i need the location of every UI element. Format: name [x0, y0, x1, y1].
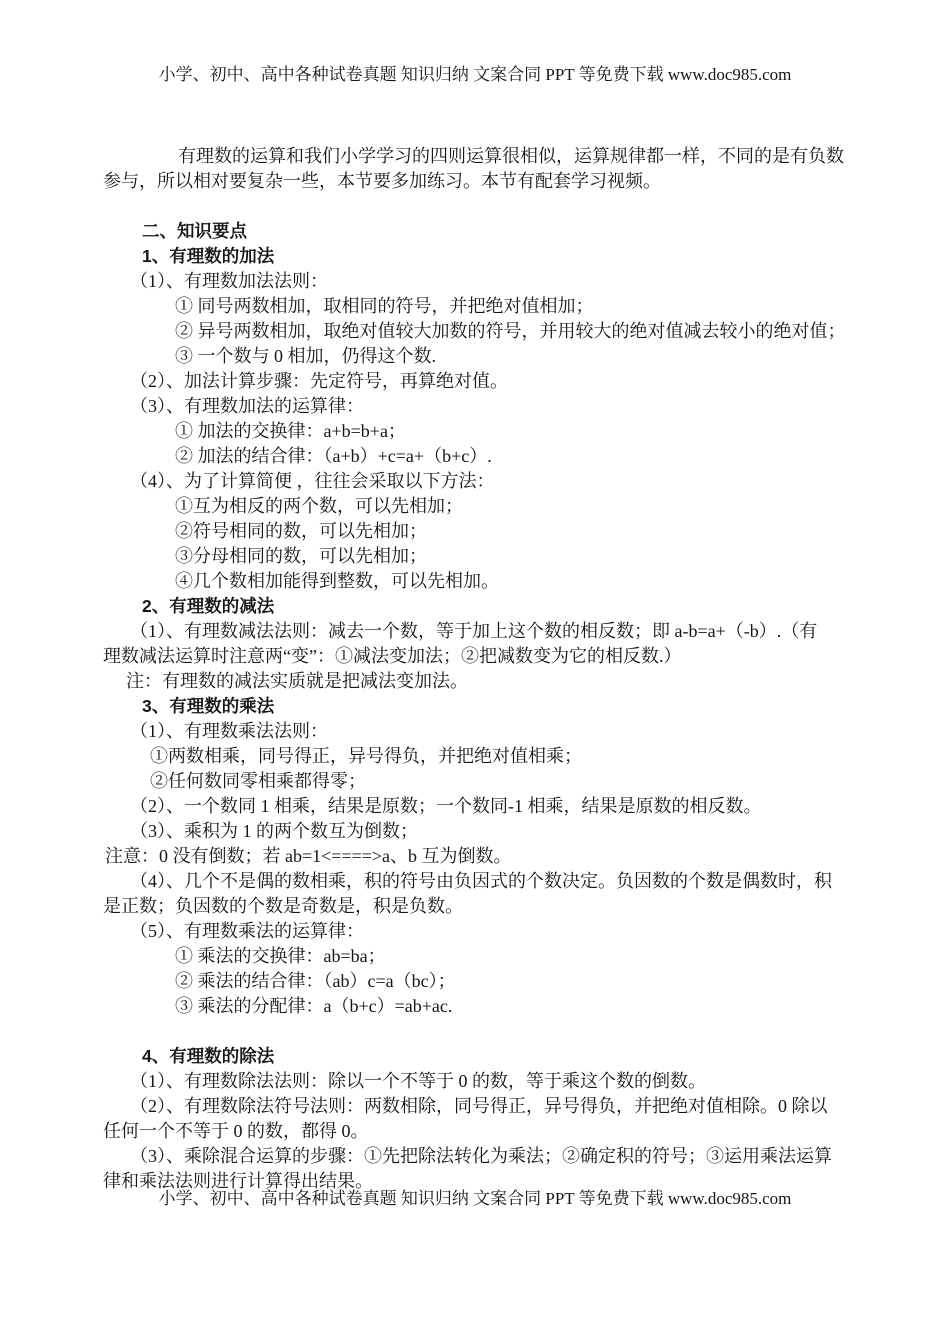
addition-steps: （2）、加法计算步骤：先定符号，再算绝对值。 — [103, 369, 950, 394]
subtraction-section-heading: 2、有理数的减法 — [103, 594, 950, 619]
multiplication-reciprocal: （3）、乘积为 1 的两个数互为倒数； — [103, 819, 950, 844]
addition-shortcut-4: ④几个数相加能得到整数，可以先相加。 — [103, 569, 950, 594]
document-body: 有理数的运算和我们小学学习的四则运算很相似，运算规律都一样，不同的是有负数 参与… — [103, 144, 950, 1194]
addition-shortcuts-heading: （4）、为了计算简便 ，往往会采取以下方法： — [103, 469, 950, 494]
division-sign-rule-line-1: （2）、有理数除法符号法则：两数相除，同号得正，异号得负，并把绝对值相除。0 除… — [103, 1094, 950, 1119]
division-section-heading: 4、有理数的除法 — [103, 1044, 950, 1069]
multiplication-section-heading: 3、有理数的乘法 — [103, 694, 950, 719]
addition-shortcut-1: ①互为相反的两个数，可以先相加； — [103, 494, 950, 519]
addition-section-heading: 1、有理数的加法 — [103, 244, 950, 269]
multiplication-identity: （2）、一个数同 1 相乘，结果是原数；一个数同-1 相乘，结果是原数的相反数。 — [103, 794, 950, 819]
multiplication-note: 注意：0 没有倒数；若 ab=1<====>a、b 互为倒数。 — [103, 844, 950, 869]
addition-rule-heading: （1）、有理数加法法则： — [103, 269, 950, 294]
document-page: 小学、初中、高中各种试卷真题 知识归纳 文案合同 PPT 等免费下载 www.d… — [0, 0, 950, 1344]
multiplication-sign-rule-line-1: （4）、几个不是偶的数相乘，积的符号由负因式的个数决定。负因数的个数是偶数时，积 — [103, 869, 950, 894]
subtraction-rule-line-2: 理数减法运算时注意两“变”：①减法变加法；②把减数变为它的相反数.） — [103, 644, 950, 669]
multiplication-law-associative: ② 乘法的结合律：（ab）c=a（bc）； — [103, 969, 950, 994]
division-mixed-steps-line-1: （3）、乘除混合运算的步骤：①先把除法转化为乘法；②确定积的符号；③运用乘法运算 — [103, 1144, 950, 1169]
addition-shortcut-3: ③分母相同的数，可以先相加； — [103, 544, 950, 569]
addition-laws-heading: （3）、有理数加法的运算律： — [103, 394, 950, 419]
multiplication-laws-heading: （5）、有理数乘法的运算律： — [103, 919, 950, 944]
multiplication-rule-item-2: ②任何数同零相乘都得零； — [103, 769, 950, 794]
blank-line — [103, 194, 950, 219]
subtraction-rule-line-1: （1）、有理数减法法则：减去一个数，等于加上这个数的相反数；即 a-b=a+（-… — [103, 619, 950, 644]
division-rule: （1）、有理数除法法则：除以一个不等于 0 的数，等于乘这个数的倒数。 — [103, 1069, 950, 1094]
header-watermark: 小学、初中、高中各种试卷真题 知识归纳 文案合同 PPT 等免费下载 www.d… — [0, 62, 950, 87]
addition-law-associative: ② 加法的结合律：（a+b）+c=a+（b+c）. — [103, 444, 950, 469]
addition-shortcut-2: ②符号相同的数，可以先相加； — [103, 519, 950, 544]
multiplication-law-distributive: ③ 乘法的分配律：a（b+c）=ab+ac. — [103, 994, 950, 1019]
blank-line — [103, 1019, 950, 1044]
intro-paragraph-line-1: 有理数的运算和我们小学学习的四则运算很相似，运算规律都一样，不同的是有负数 — [103, 144, 950, 169]
multiplication-rule-item-1: ①两数相乘，同号得正，异号得负，并把绝对值相乘； — [103, 744, 950, 769]
addition-rule-item-3: ③ 一个数与 0 相加，仍得这个数. — [103, 344, 950, 369]
multiplication-rule-heading: （1）、有理数乘法法则： — [103, 719, 950, 744]
subtraction-note: 注：有理数的减法实质就是把减法变加法。 — [103, 669, 950, 694]
knowledge-points-heading: 二、知识要点 — [103, 219, 950, 244]
multiplication-sign-rule-line-2: 是正数；负因数的个数是奇数是，积是负数。 — [103, 894, 950, 919]
addition-rule-item-2: ② 异号两数相加，取绝对值较大加数的符号，并用较大的绝对值减去较小的绝对值； — [103, 319, 950, 344]
addition-law-commutative: ① 加法的交换律：a+b=b+a； — [103, 419, 950, 444]
intro-paragraph-line-2: 参与，所以相对要复杂一些，本节要多加练习。本节有配套学习视频。 — [103, 169, 950, 194]
addition-rule-item-1: ① 同号两数相加，取相同的符号，并把绝对值相加； — [103, 294, 950, 319]
multiplication-law-commutative: ① 乘法的交换律：ab=ba； — [103, 944, 950, 969]
division-sign-rule-line-2: 任何一个不等于 0 的数，都得 0。 — [103, 1119, 950, 1144]
footer-watermark: 小学、初中、高中各种试卷真题 知识归纳 文案合同 PPT 等免费下载 www.d… — [0, 1186, 950, 1211]
